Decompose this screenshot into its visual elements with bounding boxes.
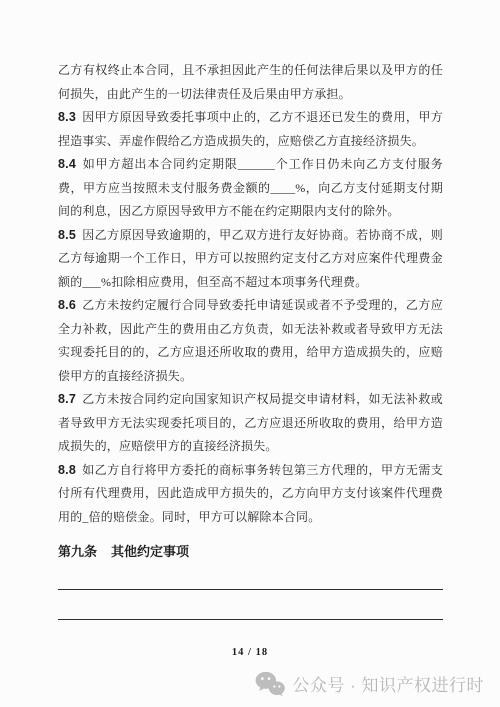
clause-number: 8.6 xyxy=(58,298,76,312)
clause-8-6: 8.6乙方未按约定履行合同导致委托申请延误或者不予受理的，乙方应全力补救，因此产… xyxy=(58,294,443,388)
clause-8-4: 8.4如甲方超出本合同约定期限______个工作日仍未向乙方支付服务费，甲方应当… xyxy=(58,153,443,224)
page-number: 14 / 18 xyxy=(0,647,500,658)
contract-body: 乙方有权终止本合同，且不承担因此产生的任何法律后果以及甲方的任何损失，由此产生的… xyxy=(58,59,443,620)
watermark-label: 公众号 · 知识产权进行时 xyxy=(292,671,484,696)
section-heading-title: 其他约定事项 xyxy=(111,544,189,559)
clause-number: 8.4 xyxy=(58,157,76,171)
contract-page: 乙方有权终止本合同，且不承担因此产生的任何法律后果以及甲方的任何损失，由此产生的… xyxy=(0,0,500,707)
clause-text: 因乙方原因导致逾期的，甲乙双方进行友好协商。若协商不成，则乙方每逾期一个工作日，… xyxy=(58,228,443,289)
clause-text: 如乙方自行将甲方委托的商标事务转包第三方代理的，甲方无需支付所有代理费用，因此造… xyxy=(58,463,443,524)
clause-8-7: 8.7乙方未按合同约定向国家知识产权局提交申请材料，如无法补救或者导致甲方无法实… xyxy=(58,388,443,459)
clause-text: 乙方未按约定履行合同导致委托申请延误或者不予受理的，乙方应全力补救，因此产生的费… xyxy=(58,298,443,383)
clause-number: 8.8 xyxy=(58,463,76,477)
clause-text: 乙方未按合同约定向国家知识产权局提交申请材料，如无法补救或者导致甲方无法实现委托… xyxy=(58,392,443,453)
clause-8-5: 8.5因乙方原因导致逾期的，甲乙双方进行友好协商。若协商不成，则乙方每逾期一个工… xyxy=(58,224,443,295)
blank-fill-in-line xyxy=(58,564,443,590)
section-heading-article-9: 第九条其他约定事项 xyxy=(58,540,443,564)
clause-number: 8.5 xyxy=(58,228,76,242)
watermark: 公众号 · 知识产权进行时 xyxy=(255,671,484,696)
clause-8-8: 8.8如乙方自行将甲方委托的商标事务转包第三方代理的，甲方无需支付所有代理费用，… xyxy=(58,459,443,530)
clause-text: 乙方有权终止本合同，且不承担因此产生的任何法律后果以及甲方的任何损失，由此产生的… xyxy=(58,63,443,101)
wechat-icon xyxy=(255,671,285,696)
clause-continuation: 乙方有权终止本合同，且不承担因此产生的任何法律后果以及甲方的任何损失，由此产生的… xyxy=(58,59,443,106)
clause-number: 8.3 xyxy=(58,110,76,124)
clause-8-3: 8.3因甲方原因导致委托事项中止的，乙方不退还已发生的费用，甲方捏造事实、弄虚作… xyxy=(58,106,443,153)
section-heading-number: 第九条 xyxy=(58,544,97,559)
clause-text: 如甲方超出本合同约定期限______个工作日仍未向乙方支付服务费，甲方应当按照未… xyxy=(58,157,443,218)
clause-number: 8.7 xyxy=(58,392,76,406)
blank-fill-in-line xyxy=(58,590,443,620)
clause-text: 因甲方原因导致委托事项中止的，乙方不退还已发生的费用，甲方捏造事实、弄虚作假给乙… xyxy=(58,110,443,148)
